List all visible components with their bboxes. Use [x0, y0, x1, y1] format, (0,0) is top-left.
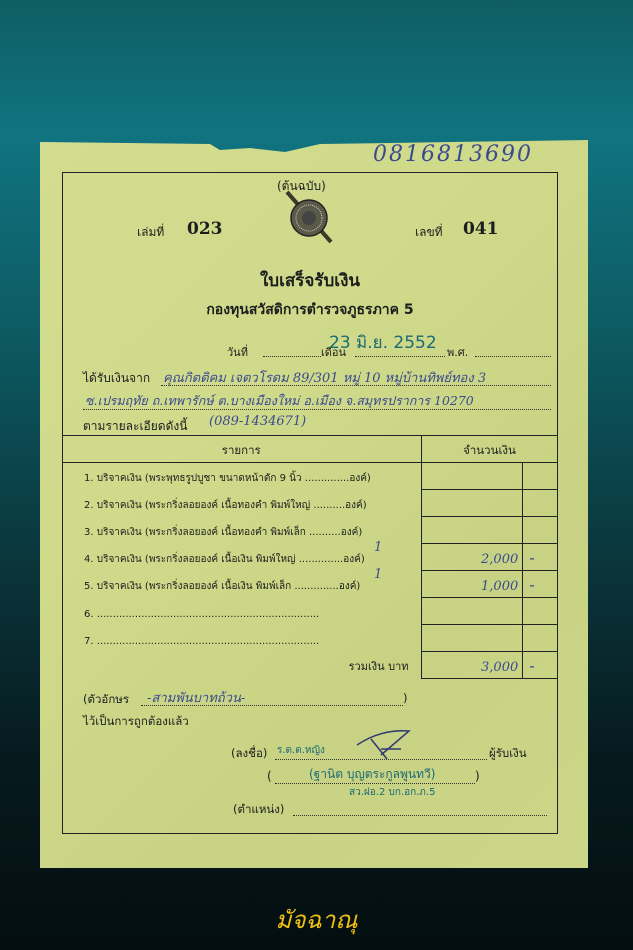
- item-amount-5: 1,000: [481, 579, 518, 594]
- receipt-frame: (ต้นฉบับ) เล่มที่ 023 เลขที่ 041 ใบเสร็จ…: [62, 172, 558, 834]
- date-year-dots: [475, 356, 551, 357]
- receipt-number: 041: [463, 219, 499, 239]
- receipt-subtitle: กองทุนสวัสดิการตำรวจภูธรภาค 5: [63, 299, 557, 321]
- received-from-line2: ซ.เปรมฤทัย ถ.เทพารักษ์ ต.บางเมืองใหม่ อ.…: [85, 391, 474, 411]
- date-month-dots: [355, 356, 445, 357]
- total-amount: 3,000: [481, 660, 518, 675]
- item-text-4: 4. บริจาคเงิน (พระกริ่งลอยองค์ เนื้อเงิน…: [84, 554, 365, 565]
- details-label: ตามรายละเอียดดังนี้: [83, 417, 187, 436]
- table-total-row: รวมเงิน บาท 3,000 -: [62, 652, 558, 679]
- signature-scribble-icon: [351, 725, 421, 765]
- book-number: 023: [187, 219, 223, 239]
- items-table: รายการ จำนวนเงิน 1. บริจาคเงิน (พระพุทธร…: [62, 435, 558, 679]
- table-header-row: รายการ จำนวนเงิน: [62, 436, 558, 463]
- receipt-paper: 0816813690 (ต้นฉบับ) เล่มที่ 023 เลขที่ …: [40, 140, 588, 868]
- table-row: 7. .....................................…: [62, 625, 558, 652]
- signer-position-stamp: สว.ฝอ.2 บก.อก.ภ.5: [349, 785, 435, 800]
- item-dash-4: -: [529, 548, 534, 567]
- total-label: รวมเงิน บาท: [349, 660, 409, 673]
- item-text-7: 7. .....................................…: [84, 636, 319, 647]
- book-label: เล่มที่: [137, 223, 164, 242]
- item-qty-4: 1: [374, 540, 382, 555]
- date-year-label: พ.ศ.: [447, 343, 468, 361]
- table-row: 5. บริจาคเงิน (พระกริ่งลอยองค์ เนื้อเงิน…: [62, 571, 558, 598]
- signer-name-open: (: [267, 769, 272, 783]
- signer-name-stamp: (ฐานิต บุญตระกูลพูนทวี): [309, 765, 435, 784]
- item-amount-4: 2,000: [481, 552, 518, 567]
- in-words-label: (ตัวอักษร: [83, 691, 129, 709]
- position-dots: [293, 815, 547, 816]
- position-label: (ตำแหน่ง): [233, 801, 284, 819]
- table-row: 6. .....................................…: [62, 598, 558, 625]
- receipt-title: ใบเสร็จรับเงิน: [63, 267, 557, 294]
- table-row: 3. บริจาคเงิน (พระกริ่งลอยองค์ เนื้อทองค…: [62, 517, 558, 544]
- item-text-2: 2. บริจาคเงิน (พระกริ่งลอยองค์ เนื้อทองค…: [84, 500, 367, 511]
- col-amount-header: จำนวนเงิน: [463, 443, 516, 457]
- item-text-6: 6. .....................................…: [84, 609, 319, 620]
- confirmation-text: ไว้เป็นการถูกต้องแล้ว: [83, 713, 189, 731]
- item-qty-5: 1: [374, 567, 382, 582]
- signature-prefix: ร.ต.ต.หญิง: [277, 743, 325, 758]
- item-text-3: 3. บริจาคเงิน (พระกริ่งลอยองค์ เนื้อทองค…: [84, 527, 362, 538]
- total-dash: -: [529, 656, 534, 675]
- item-text-5: 5. บริจาคเงิน (พระกริ่งลอยองค์ เนื้อเงิน…: [84, 581, 360, 592]
- date-day-dots: [263, 356, 321, 357]
- handwritten-phone-number: 0816813690: [373, 142, 533, 167]
- received-from-label: ได้รับเงินจาก: [83, 369, 150, 388]
- received-from-line1: คุณกิตติคม เจตวโรดม 89/301 หมู่ 10 หมู่บ…: [163, 367, 486, 388]
- signature-role: ผู้รับเงิน: [489, 745, 527, 763]
- signer-name-close: ): [475, 769, 480, 783]
- signature-label: (ลงชื่อ): [231, 745, 267, 763]
- number-label: เลขที่: [415, 223, 443, 242]
- footer-title: มัจฉาณุ: [0, 900, 633, 939]
- table-row: 1. บริจาคเงิน (พระพุทธรูปบูชา ขนาดหน้าตั…: [62, 463, 558, 490]
- in-words-close: ): [403, 691, 408, 705]
- date-day-label: วันที่: [227, 343, 248, 361]
- handwritten-date: 23 มิ.ย. 2552: [329, 329, 437, 356]
- table-row: 2. บริจาคเงิน (พระกริ่งลอยองค์ เนื้อทองค…: [62, 490, 558, 517]
- table-row: 4. บริจาคเงิน (พระกริ่งลอยองค์ เนื้อเงิน…: [62, 544, 558, 571]
- col-items-header: รายการ: [222, 443, 261, 457]
- details-phone: (089-1434671): [209, 414, 306, 429]
- in-words-value: -สามพันบาทถ้วน-: [147, 687, 245, 708]
- police-seal-icon: [281, 188, 337, 246]
- item-text-1: 1. บริจาคเงิน (พระพุทธรูปบูชา ขนาดหน้าตั…: [84, 473, 371, 484]
- item-dash-5: -: [529, 575, 534, 594]
